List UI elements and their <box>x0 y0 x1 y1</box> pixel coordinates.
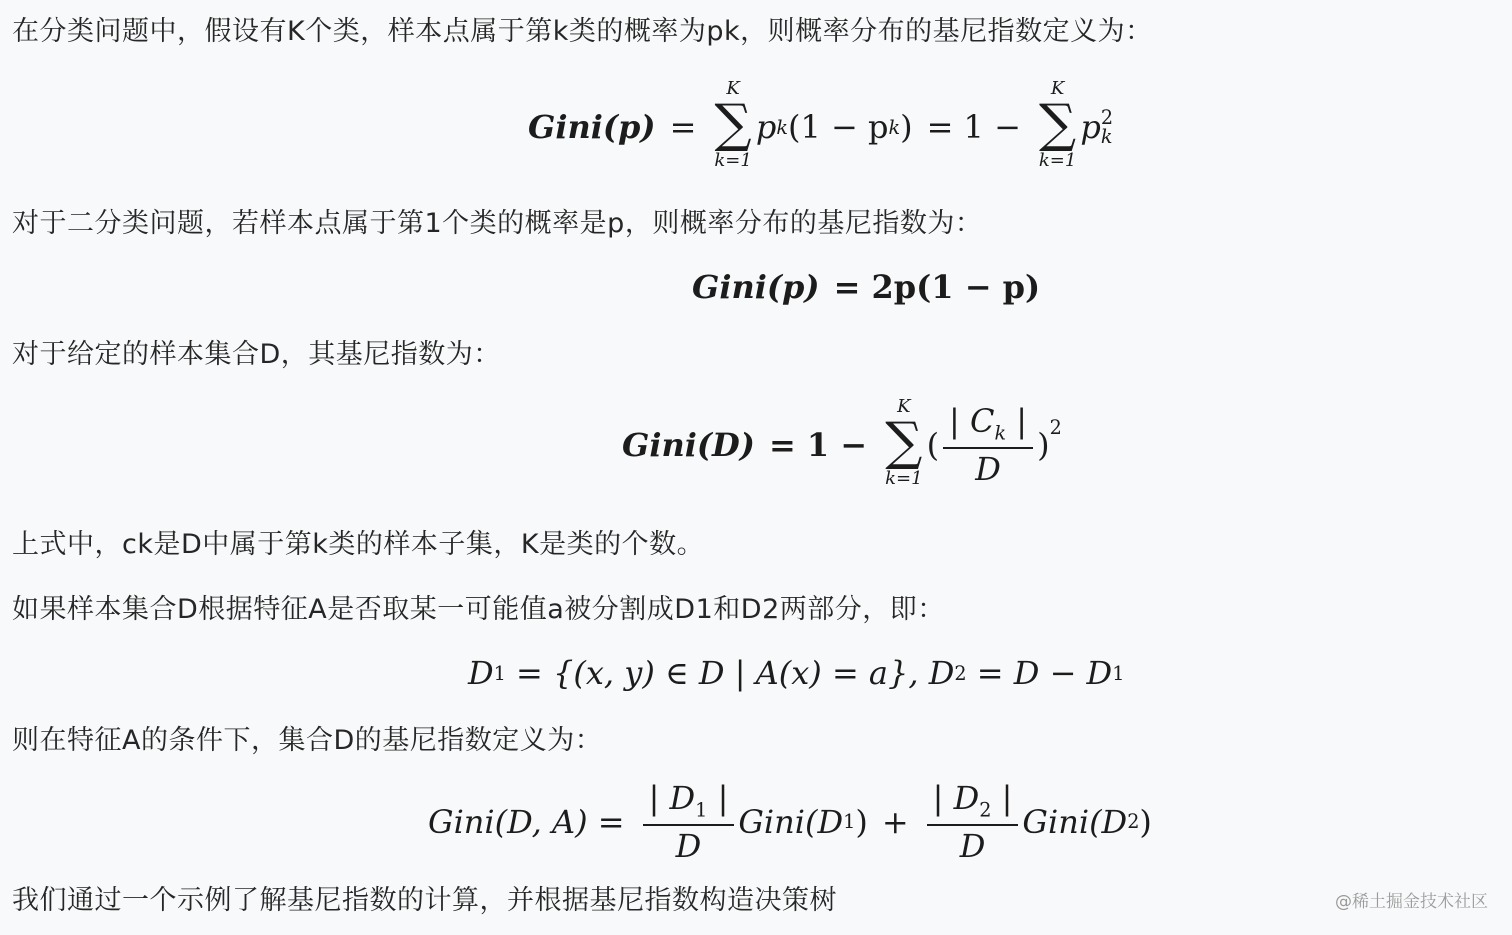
paragraph-split-description: 如果样本集合D根据特征A是否取某一可能值a被分割成D1和D2两部分，即： <box>12 592 945 628</box>
paragraph-gini-definition-intro: 在分类问题中，假设有K个类，样本点属于第k类的概率为pk，则概率分布的基尼指数定… <box>12 14 1153 50</box>
watermark-juejin: @稀土掘金技术社区 <box>1335 887 1488 912</box>
paragraph-binary-classification: 对于二分类问题，若样本点属于第1个类的概率是p，则概率分布的基尼指数为： <box>12 206 982 242</box>
equation-d1-d2-split: D1 = {(x, y) ∈ D | A(x) = a}, D2 = D − D… <box>468 654 1124 692</box>
paragraph-sample-set-gini: 对于给定的样本集合D，其基尼指数为： <box>12 337 501 373</box>
fraction-d2-over-d: | D2 | D <box>927 782 1019 862</box>
eq-equals: = <box>670 108 697 146</box>
equation-gini-p-general: Gini(p) = K ∑ k=1 pk (1 − pk) = 1 − K ∑ … <box>528 80 1113 174</box>
paragraph-conditional-gini: 则在特征A的条件下，集合D的基尼指数定义为： <box>12 723 602 759</box>
equation-gini-d: Gini(D) = 1 − K ∑ k=1 ( | Ck | D )2 <box>622 398 1062 492</box>
fraction-d1-over-d: | D1 | D <box>643 782 735 862</box>
paragraph-ck-explanation: 上式中，ck是D中属于第k类的样本子集，K是类的个数。 <box>12 527 704 563</box>
summation-symbol: K ∑ k=1 <box>1039 80 1076 174</box>
equation-gini-p-binary: Gini(p) = 2p(1 − p) <box>692 268 1040 306</box>
fraction-ck-over-d: | Ck | D <box>943 405 1033 485</box>
summation-symbol: K ∑ k=1 <box>714 80 751 174</box>
summation-symbol: K ∑ k=1 <box>885 398 922 492</box>
paragraph-example-intro: 我们通过一个示例了解基尼指数的计算，并根据基尼指数构造决策树 <box>12 883 837 919</box>
eq-lhs: Gini(p) <box>528 108 656 146</box>
equation-gini-d-a: Gini(D, A) = | D1 | D Gini(D1) + | D2 | … <box>428 782 1152 862</box>
